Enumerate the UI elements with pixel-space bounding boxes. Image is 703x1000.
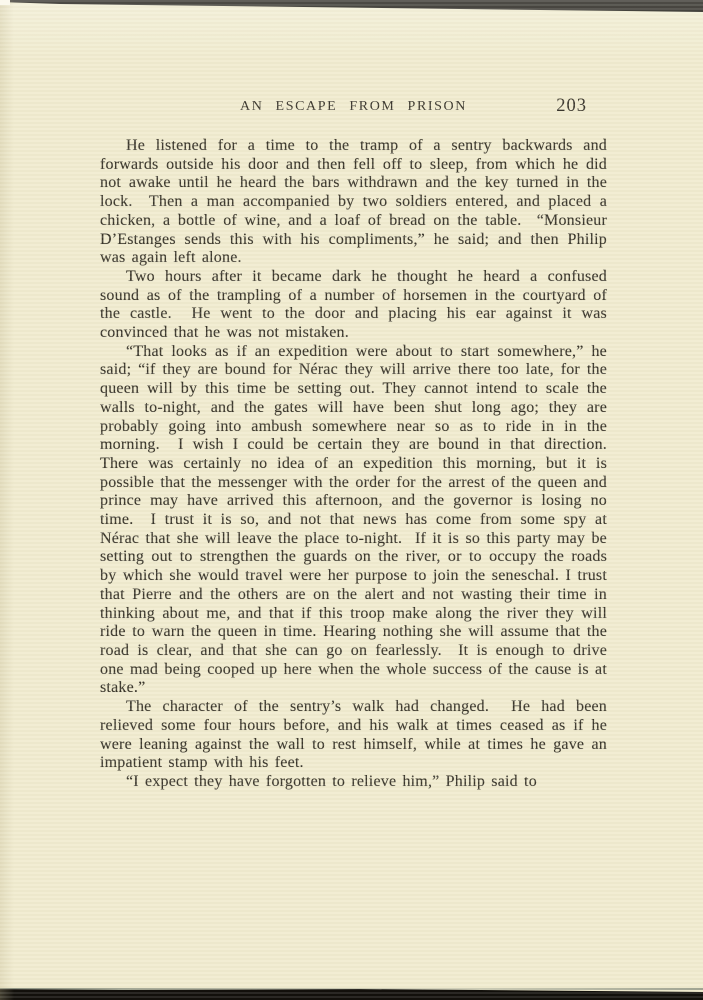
paragraph-3: “That looks as if an expedition were abo… <box>100 343 607 698</box>
paragraph-1: He listened for a time to the tramp of a… <box>100 137 607 268</box>
paragraph-4: The character of the sentry’s walk had c… <box>100 698 607 773</box>
scanned-book-page: AN ESCAPE FROM PRISON 203 He listened fo… <box>0 0 703 1000</box>
book-page: AN ESCAPE FROM PRISON 203 He listened fo… <box>0 0 703 1000</box>
page-header: AN ESCAPE FROM PRISON 203 <box>100 96 607 118</box>
scan-edge-top-notch <box>0 0 10 5</box>
page-body: He listened for a time to the tramp of a… <box>100 137 607 792</box>
paragraph-2: Two hours after it became dark he though… <box>100 268 607 343</box>
paragraph-5: “I expect they have forgotten to relieve… <box>100 773 607 792</box>
page-number: 203 <box>556 96 587 117</box>
running-title: AN ESCAPE FROM PRISON <box>100 99 607 115</box>
